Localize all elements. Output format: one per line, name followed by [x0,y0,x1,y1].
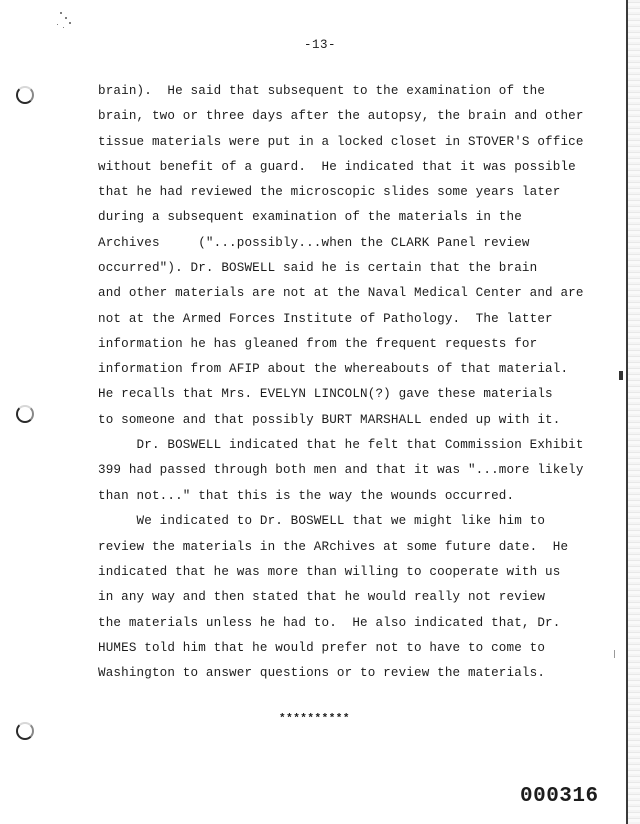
scan-speck [65,17,67,19]
text-line: and other materials are not at the Naval… [98,286,584,300]
scan-speck [63,27,64,28]
document-page: -13- brain). He said that subsequent to … [0,0,640,824]
text-line: in any way and then stated that he would… [98,590,545,604]
scan-edge-texture [628,0,640,824]
text-line: Washington to answer questions or to rev… [98,666,545,680]
section-separator: ********** [279,713,350,725]
page-number: -13- [0,38,640,52]
text-line: than not..." that this is the way the wo… [98,489,514,503]
margin-mark [619,371,623,380]
text-line: He recalls that Mrs. EVELYN LINCOLN(?) g… [98,387,553,401]
text-line: that he had reviewed the microscopic sli… [98,185,560,199]
text-line: Dr. BOSWELL indicated that he felt that … [98,438,584,452]
text-line: 399 had passed through both men and that… [98,463,584,477]
text-line: information he has gleaned from the freq… [98,337,537,351]
punch-hole-icon [16,86,34,104]
text-line: Archives ("...possibly...when the CLARK … [98,236,530,250]
punch-hole-icon [16,722,34,740]
text-line: tissue materials were put in a locked cl… [98,135,584,149]
text-line: indicated that he was more than willing … [98,565,560,579]
text-line: information from AFIP about the whereabo… [98,362,568,376]
bates-number: 000316 [520,785,599,808]
text-line: brain, two or three days after the autop… [98,109,584,123]
text-line: not at the Armed Forces Institute of Pat… [98,312,553,326]
scan-speck [69,22,71,24]
text-line: brain). He said that subsequent to the e… [98,84,545,98]
text-line: occurred"). Dr. BOSWELL said he is certa… [98,261,537,275]
text-line: review the materials in the ARchives at … [98,540,568,554]
margin-tick [614,650,615,658]
text-line: the materials unless he had to. He also … [98,616,560,630]
text-line: HUMES told him that he would prefer not … [98,641,545,655]
scan-edge-line [626,0,628,824]
text-line: to someone and that possibly BURT MARSHA… [98,413,560,427]
scan-speck [60,12,62,14]
text-line: during a subsequent examination of the m… [98,210,522,224]
scan-speck [57,24,58,25]
text-line: without benefit of a guard. He indicated… [98,160,576,174]
text-line: We indicated to Dr. BOSWELL that we migh… [98,514,545,528]
punch-hole-icon [16,405,34,423]
